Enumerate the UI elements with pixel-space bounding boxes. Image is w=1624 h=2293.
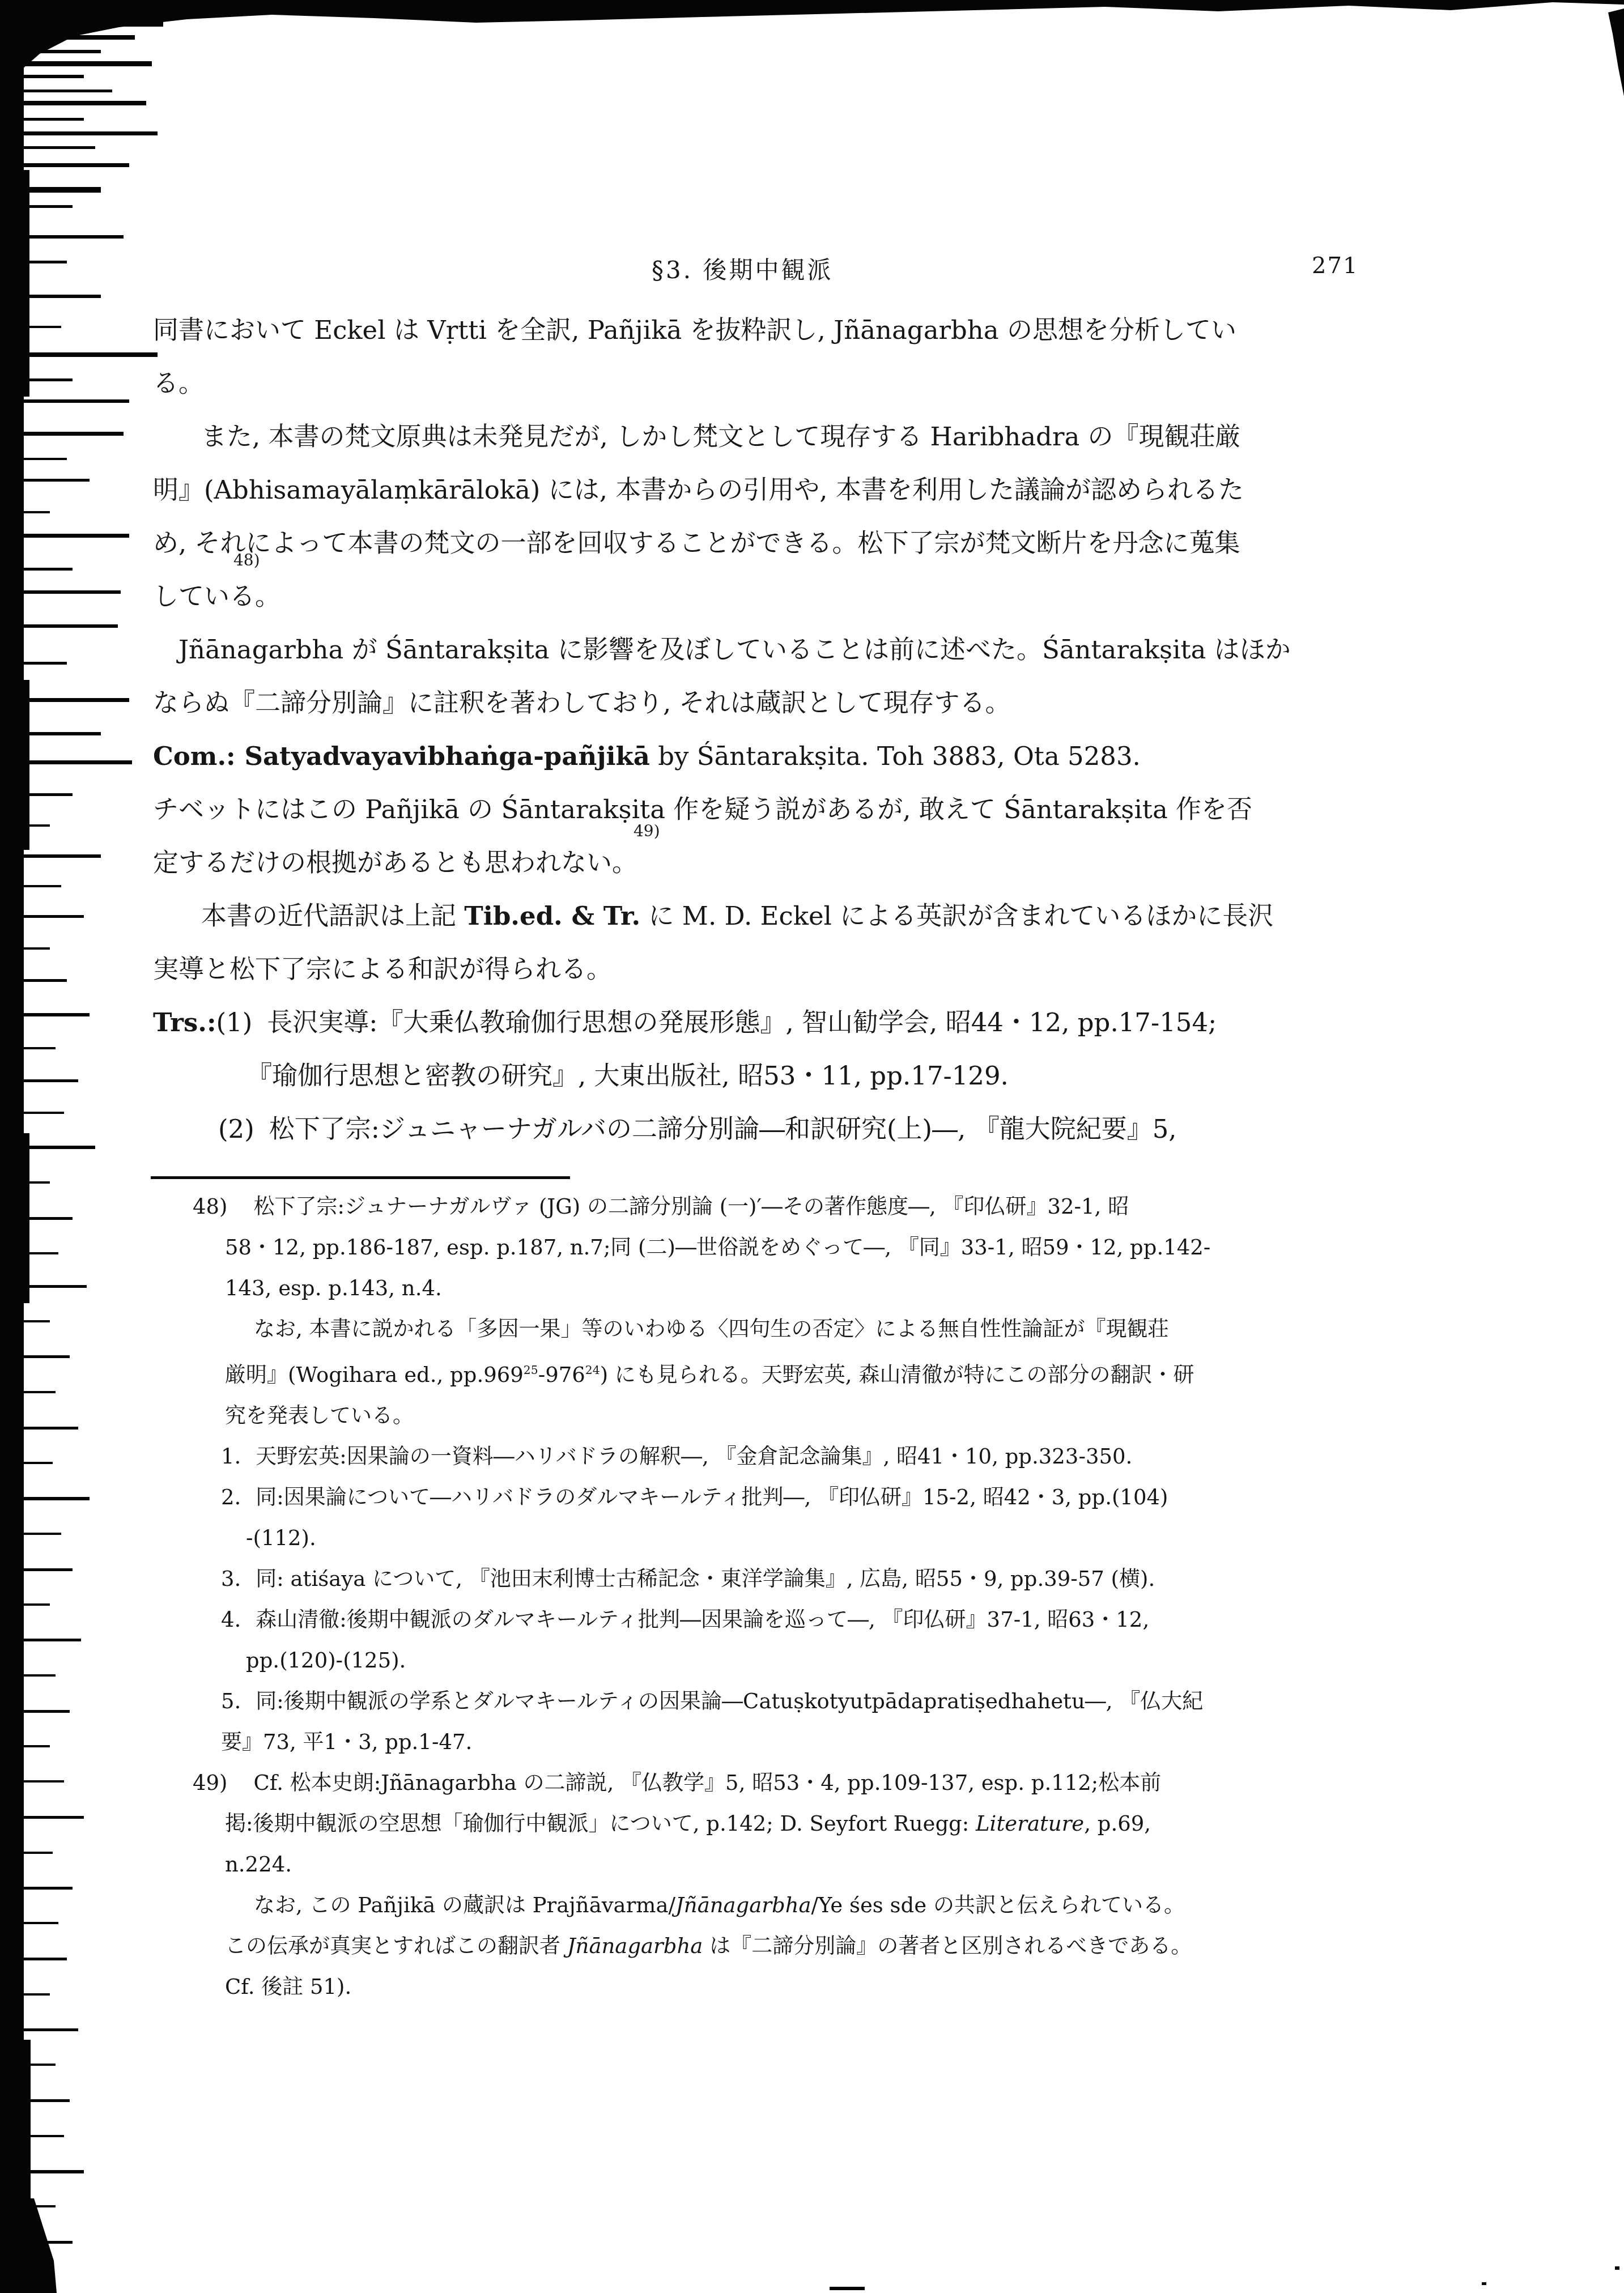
- scan-bottom-left: [0, 2198, 57, 2293]
- text-segment: 25: [524, 1363, 538, 1377]
- text-line: Com.: Satyadvayavibhaṅga-pañjikā by Śānt…: [153, 730, 1388, 783]
- text-segment: (2): [218, 1103, 254, 1156]
- text-line: 要』73, 平1・3, pp.1-47.: [221, 1722, 1388, 1763]
- text-line: この伝承が真実とすればこの翻訳者 Jñānagarbha は『二諦分別論』の著者…: [225, 1926, 1388, 1967]
- text-segment: 58・12, pp.186-187, esp. p.187, n.7;同 (二)…: [225, 1235, 1210, 1260]
- text-segment: 明』(Abhisamayālaṃkārālokā) には, 本書からの引用や, …: [153, 475, 1244, 505]
- text-segment: 厳明』(Wogihara ed., pp.969: [225, 1363, 524, 1387]
- text-line: 3.同: atiśaya について, 『池田末利博士古稀記念・東洋学論集』, 広…: [221, 1559, 1388, 1599]
- text-segment: め, それによって本書の梵文の一部を回収することができる。松下了宗が梵文断片を丹…: [153, 528, 1240, 558]
- text-segment: この伝承が真実とすればこの翻訳者: [225, 1934, 567, 1958]
- text-segment: は『二諦分別論』の著者と区別されるべきである。: [703, 1934, 1192, 1958]
- text-line: 『瑜伽行思想と密教の研究』, 大東出版社, 昭53・11, pp.17-129.: [246, 1049, 1388, 1103]
- text-segment: 長沢実導:『大乗仏教瑜伽行思想の発展形態』, 智山勧学会, 昭44・12, pp…: [267, 1007, 1217, 1037]
- text-segment: 48): [193, 1186, 228, 1227]
- text-line: 1.天野宏英:因果論の一資料―ハリバドラの解釈―, 『金倉記念論集』, 昭41・…: [221, 1436, 1388, 1477]
- page-number: 271: [1312, 253, 1358, 279]
- text-segment: (1): [216, 996, 253, 1049]
- text-segment: -976: [538, 1363, 585, 1387]
- text-line: め, それによって本書の梵文の一部を回収することができる。松下了宗が梵文断片を丹…: [153, 517, 1388, 570]
- text-line: なお, この Pañjikā の蔵訳は Prajñāvarma/Jñānagar…: [254, 1885, 1388, 1926]
- text-segment: ならぬ『二諦分別論』に註釈を著わしており, それは蔵訳として現存する。: [153, 688, 1011, 718]
- text-segment: Literature: [976, 1811, 1084, 1836]
- text-line: チベットにはこの Pañjikā の Śāntarakṣita 作を疑う説がある…: [153, 783, 1388, 836]
- text-segment: チベットにはこの Pañjikā の Śāntarakṣita 作を疑う説がある…: [153, 794, 1252, 824]
- text-line: Jñānagarbha が Śāntarakṣita に影響を及ぼしていることは…: [178, 623, 1388, 677]
- text-segment: n.224.: [225, 1852, 292, 1877]
- text-segment: 『瑜伽行思想と密教の研究』, 大東出版社, 昭53・11, pp.17-129.: [246, 1061, 1009, 1091]
- scan-left-band: [0, 51, 24, 2293]
- text-segment: /Ye śes sde の共訳と伝えられている。: [811, 1893, 1185, 1917]
- text-line: 2.同:因果論について―ハリバドラのダルマキールティ批判―, 『印仏研』15-2…: [221, 1477, 1388, 1518]
- text-segment: 3.: [221, 1559, 241, 1599]
- text-segment: 究を発表している。: [225, 1403, 414, 1428]
- text-line: ならぬ『二諦分別論』に註釈を著わしており, それは蔵訳として現存する。: [153, 677, 1388, 730]
- text-segment: なお, 本書に説かれる「多因一果」等のいわゆる〈四句生の否定〉による無自性性論証…: [254, 1317, 1169, 1341]
- text-line: 定するだけの根拠があるとも思われない。: [153, 836, 1388, 890]
- text-segment: Jñānagarbha: [675, 1893, 811, 1917]
- text-segment: 本書の近代語訳は上記: [201, 901, 464, 931]
- text-segment: Trs.:: [153, 1007, 216, 1037]
- scan-top-edge: [0, 0, 1624, 85]
- text-segment: pp.(120)-(125).: [246, 1648, 406, 1673]
- text-line: 5.同:後期中観派の学系とダルマキールティの因果論―Catuṣkotyutpād…: [221, 1681, 1388, 1722]
- text-segment: Cf. 後註 51).: [225, 1975, 351, 1999]
- text-line: 本書の近代語訳は上記 Tib.ed. & Tr. に M. D. Eckel に…: [201, 890, 1388, 943]
- text-line: Cf. 後註 51).: [225, 1967, 1388, 2007]
- text-line: している。: [153, 570, 1388, 623]
- text-segment: by Śāntarakṣita. Toh 3883, Ota 5283.: [650, 741, 1141, 771]
- text-segment: 143, esp. p.143, n.4.: [225, 1276, 442, 1300]
- text-line: 厳明』(Wogihara ed., pp.96925-97624) にも見られる…: [225, 1350, 1388, 1396]
- text-line: 58・12, pp.186-187, esp. p.187, n.7;同 (二)…: [225, 1227, 1388, 1268]
- text-line: 究を発表している。: [225, 1396, 1388, 1436]
- text-segment: Com.: Satyadvayavibhaṅga-pañjikā: [153, 741, 650, 771]
- text-line: 49)Cf. 松本史朗:Jñānagarbha の二諦説, 『仏教学』5, 昭5…: [193, 1763, 1388, 1803]
- text-segment: なお, この Pañjikā の蔵訳は Prajñāvarma/: [254, 1893, 675, 1917]
- text-segment: 同:因果論について―ハリバドラのダルマキールティ批判―, 『印仏研』15-2, …: [256, 1485, 1168, 1509]
- text-segment: 天野宏英:因果論の一資料―ハリバドラの解釈―, 『金倉記念論集』, 昭41・10…: [256, 1444, 1132, 1469]
- scan-bottom-dash: [830, 2287, 865, 2290]
- text-segment: 定するだけの根拠があるとも思われない。: [153, 848, 637, 878]
- footnote-separator: [151, 1176, 570, 1179]
- text-segment: Tib.ed. & Tr.: [464, 901, 640, 931]
- text-line: 48)松下了宗:ジュナーナガルヴァ (JG) の二諦分別論 (一)′―その著作態…: [193, 1186, 1388, 1227]
- text-segment: 要』73, 平1・3, pp.1-47.: [221, 1730, 472, 1754]
- text-segment: 松下了宗:ジュナーナガルヴァ (JG) の二諦分別論 (一)′―その著作態度―,…: [254, 1194, 1129, 1219]
- text-segment: 4.: [221, 1599, 241, 1640]
- text-segment: している。: [153, 581, 280, 611]
- text-line: Trs.:(1)長沢実導:『大乗仏教瑜伽行思想の発展形態』, 智山勧学会, 昭4…: [153, 996, 1388, 1049]
- text-segment: る。: [153, 368, 204, 398]
- text-segment: 同:後期中観派の学系とダルマキールティの因果論―Catuṣkotyutpādap…: [256, 1689, 1203, 1713]
- text-segment: に M. D. Eckel による英訳が含まれているほかに長沢: [640, 901, 1273, 931]
- text-segment: 実導と松下了宗による和訳が得られる。: [153, 954, 612, 984]
- section-heading: §3. 後期中観派: [652, 252, 833, 286]
- text-segment: 同書において Eckel は Vṛtti を全訳, Pañjikā を抜粋訳し,…: [153, 315, 1236, 345]
- text-segment: また, 本書の梵文原典は未発見だが, しかし梵文として現存する Haribhad…: [201, 422, 1241, 452]
- text-segment: 松下了宗:ジュニャーナガルバの二諦分別論―和訳研究(上)―, 『龍大院紀要』5,: [269, 1114, 1177, 1144]
- text-line: る。: [153, 357, 1388, 410]
- text-segment: 24: [585, 1363, 600, 1377]
- text-segment: ) にも見られる。天野宏英, 森山清徹が特にこの部分の翻訳・研: [600, 1363, 1194, 1387]
- text-line: 143, esp. p.143, n.4.: [225, 1268, 1388, 1309]
- text-segment: Cf. 松本史朗:Jñānagarbha の二諦説, 『仏教学』5, 昭53・4…: [254, 1771, 1162, 1795]
- text-line: なお, 本書に説かれる「多因一果」等のいわゆる〈四句生の否定〉による無自性性論証…: [254, 1309, 1388, 1350]
- text-segment: 掲:後期中観派の空思想「瑜伽行中観派」について, p.142; D. Seyfo…: [225, 1811, 976, 1836]
- text-line: pp.(120)-(125).: [246, 1640, 1388, 1681]
- scanned-book-page: §3. 後期中観派 271 同書において Eckel は Vṛtti を全訳, …: [0, 0, 1624, 2293]
- text-segment: 森山清徹:後期中観派のダルマキールティ批判―因果論を巡って―, 『印仏研』37-…: [256, 1607, 1149, 1632]
- text-segment: 同: atiśaya について, 『池田末利博士古稀記念・東洋学論集』, 広島,…: [256, 1567, 1155, 1591]
- text-segment: 49): [193, 1763, 228, 1803]
- text-line: 同書において Eckel は Vṛtti を全訳, Pañjikā を抜粋訳し,…: [153, 304, 1388, 357]
- text-segment: 5.: [221, 1681, 241, 1722]
- text-segment: 2.: [221, 1477, 241, 1518]
- footnote-ref-48: 48): [233, 551, 260, 569]
- text-line: (2)松下了宗:ジュニャーナガルバの二諦分別論―和訳研究(上)―, 『龍大院紀要…: [218, 1103, 1388, 1156]
- text-segment: -(112).: [246, 1526, 316, 1550]
- body-text: 同書において Eckel は Vṛtti を全訳, Pañjikā を抜粋訳し,…: [153, 304, 1388, 1156]
- text-line: 掲:後期中観派の空思想「瑜伽行中観派」について, p.142; D. Seyfo…: [225, 1803, 1388, 1844]
- text-line: 明』(Abhisamayālaṃkārālokā) には, 本書からの引用や, …: [153, 463, 1388, 517]
- text-line: 4.森山清徹:後期中観派のダルマキールティ批判―因果論を巡って―, 『印仏研』3…: [221, 1599, 1388, 1640]
- text-segment: Jñānagarbha が Śāntarakṣita に影響を及ぼしていることは…: [178, 635, 1291, 665]
- text-line: 実導と松下了宗による和訳が得られる。: [153, 943, 1388, 996]
- footnotes: 48)松下了宗:ジュナーナガルヴァ (JG) の二諦分別論 (一)′―その著作態…: [153, 1186, 1388, 2007]
- text-line: n.224.: [225, 1844, 1388, 1885]
- footnote-ref-49: 49): [634, 822, 660, 840]
- text-segment: Jñānagarbha: [567, 1934, 703, 1958]
- text-segment: 1.: [221, 1436, 241, 1477]
- text-segment: , p.69,: [1084, 1811, 1151, 1836]
- text-line: -(112).: [246, 1518, 1388, 1559]
- scan-right-nick: [1608, 8, 1624, 96]
- text-line: また, 本書の梵文原典は未発見だが, しかし梵文として現存する Haribhad…: [201, 410, 1388, 463]
